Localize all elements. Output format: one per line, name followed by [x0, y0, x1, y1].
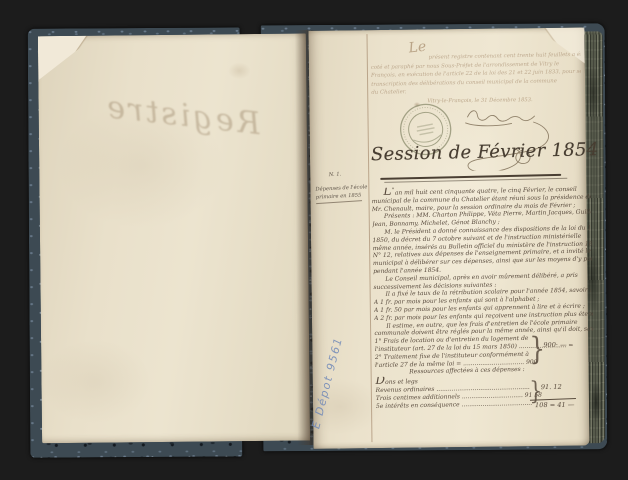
bleedthrough-text: Registre — [89, 87, 262, 142]
margin-note: N. 1. Dépenses de l'école primaire en 18… — [315, 169, 368, 203]
page-corner-fold — [38, 36, 96, 81]
certification-paragraph: présent registre contenant cent trente h… — [371, 51, 582, 98]
account-amount-1: 900· — — [543, 341, 566, 349]
account-total: 108 = 41 — — [535, 401, 574, 409]
archival-cote-mark: E Dépot 9561 — [309, 335, 345, 430]
left-page: Registre — [38, 33, 310, 443]
account-amount-2: 91. 12 — [541, 383, 562, 391]
deliberation-text: L'an mil huit cent cinquante quatre, le … — [371, 183, 595, 410]
right-page: Le présent registre contenant cent trent… — [308, 28, 589, 449]
account-brace-1: } — [529, 331, 545, 367]
register-book: Registre Le présent registre contenant c… — [0, 0, 628, 480]
margin-note-number: N. 1. — [315, 169, 367, 179]
